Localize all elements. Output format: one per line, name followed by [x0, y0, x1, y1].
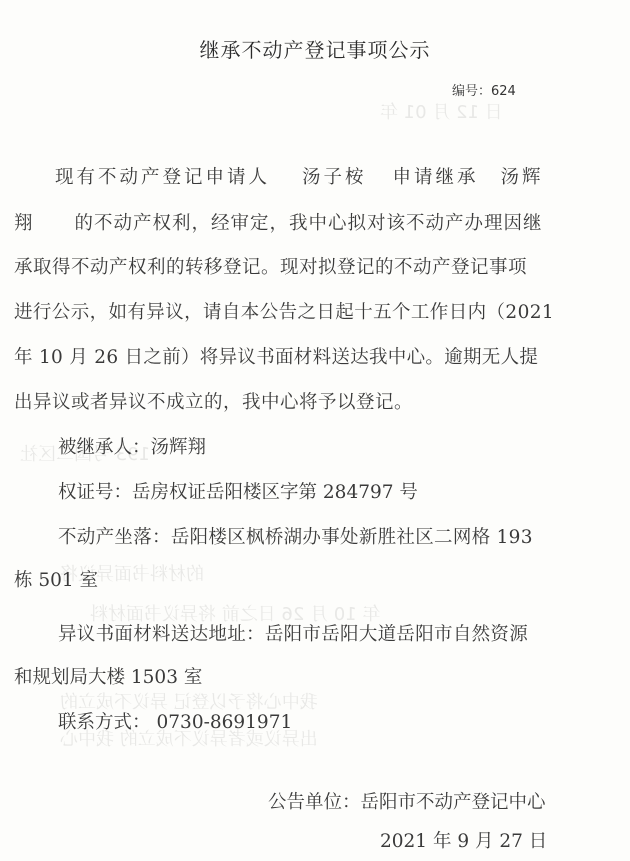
- objection-address-value: 岳阳市岳阳大道岳阳市自然资源: [265, 624, 528, 645]
- location-value: 岳阳楼区枫桥湖办事处新胜社区二网格 193: [171, 527, 533, 548]
- document-number-label: 编号：: [452, 84, 491, 99]
- body-line-4: 进行公示，如有异议，请自本公告之日起十五个工作日内（2021: [14, 298, 554, 324]
- issuer-label: 公告单位：: [268, 792, 361, 813]
- issuer-value: 岳阳市不动产登记中心: [361, 792, 546, 813]
- contact-label: 联系方式：: [58, 712, 151, 733]
- document-number: 编号：624: [452, 80, 516, 99]
- location-field: 不动产坐落：岳阳楼区枫桥湖办事处新胜社区二网格 193: [58, 523, 533, 549]
- decedent-label: 被继承人：: [58, 437, 151, 458]
- objection-address-cont: 和规划局大楼 1503 室: [14, 663, 202, 689]
- body-line-2: 翔的不动产权利，经审定，我中心拟对该不动产办理因继: [14, 209, 543, 235]
- contact-field: 联系方式：0730-8691971: [58, 708, 292, 734]
- document-number-value: 624: [491, 84, 516, 99]
- certificate-label: 权证号：: [58, 482, 132, 503]
- contact-value: 0730-8691971: [157, 712, 293, 733]
- body-line-5: 年 10 月 26 日之前）将异议书面材料送达我中心。逾期无人提: [14, 343, 538, 369]
- document-title: 继承不动产登记事项公示: [0, 34, 630, 63]
- applicant-name: 汤子桉: [302, 167, 367, 188]
- body-line-3: 承取得不动产权利的转移登记。现对拟登记的不动产登记事项: [14, 253, 527, 279]
- objection-address-label: 异议书面材料送达地址：: [58, 624, 265, 645]
- bleed-through-text: 日 12 月 01 年: [380, 98, 503, 124]
- issue-date: 2021 年 9 月 27 日: [380, 827, 547, 853]
- body-line-1: 现有不动产登记申请人汤子桉申请继承汤辉: [55, 163, 544, 189]
- objection-address-field: 异议书面材料送达地址：岳阳市岳阳大道岳阳市自然资源: [58, 620, 528, 646]
- decedent-field: 被继承人：汤辉翔: [58, 433, 206, 459]
- location-field-cont: 栋 501 室: [14, 566, 98, 592]
- certificate-value: 岳房权证岳阳楼区字第 284797 号: [132, 482, 418, 503]
- issuer-field: 公告单位：岳阳市不动产登记中心: [268, 788, 546, 814]
- location-label: 不动产坐落：: [58, 527, 171, 548]
- certificate-field: 权证号：岳房权证岳阳楼区字第 284797 号: [58, 478, 418, 504]
- body-line-6: 出异议或者异议不成立的，我中心将予以登记。: [14, 388, 413, 414]
- decedent-value: 汤辉翔: [151, 437, 207, 458]
